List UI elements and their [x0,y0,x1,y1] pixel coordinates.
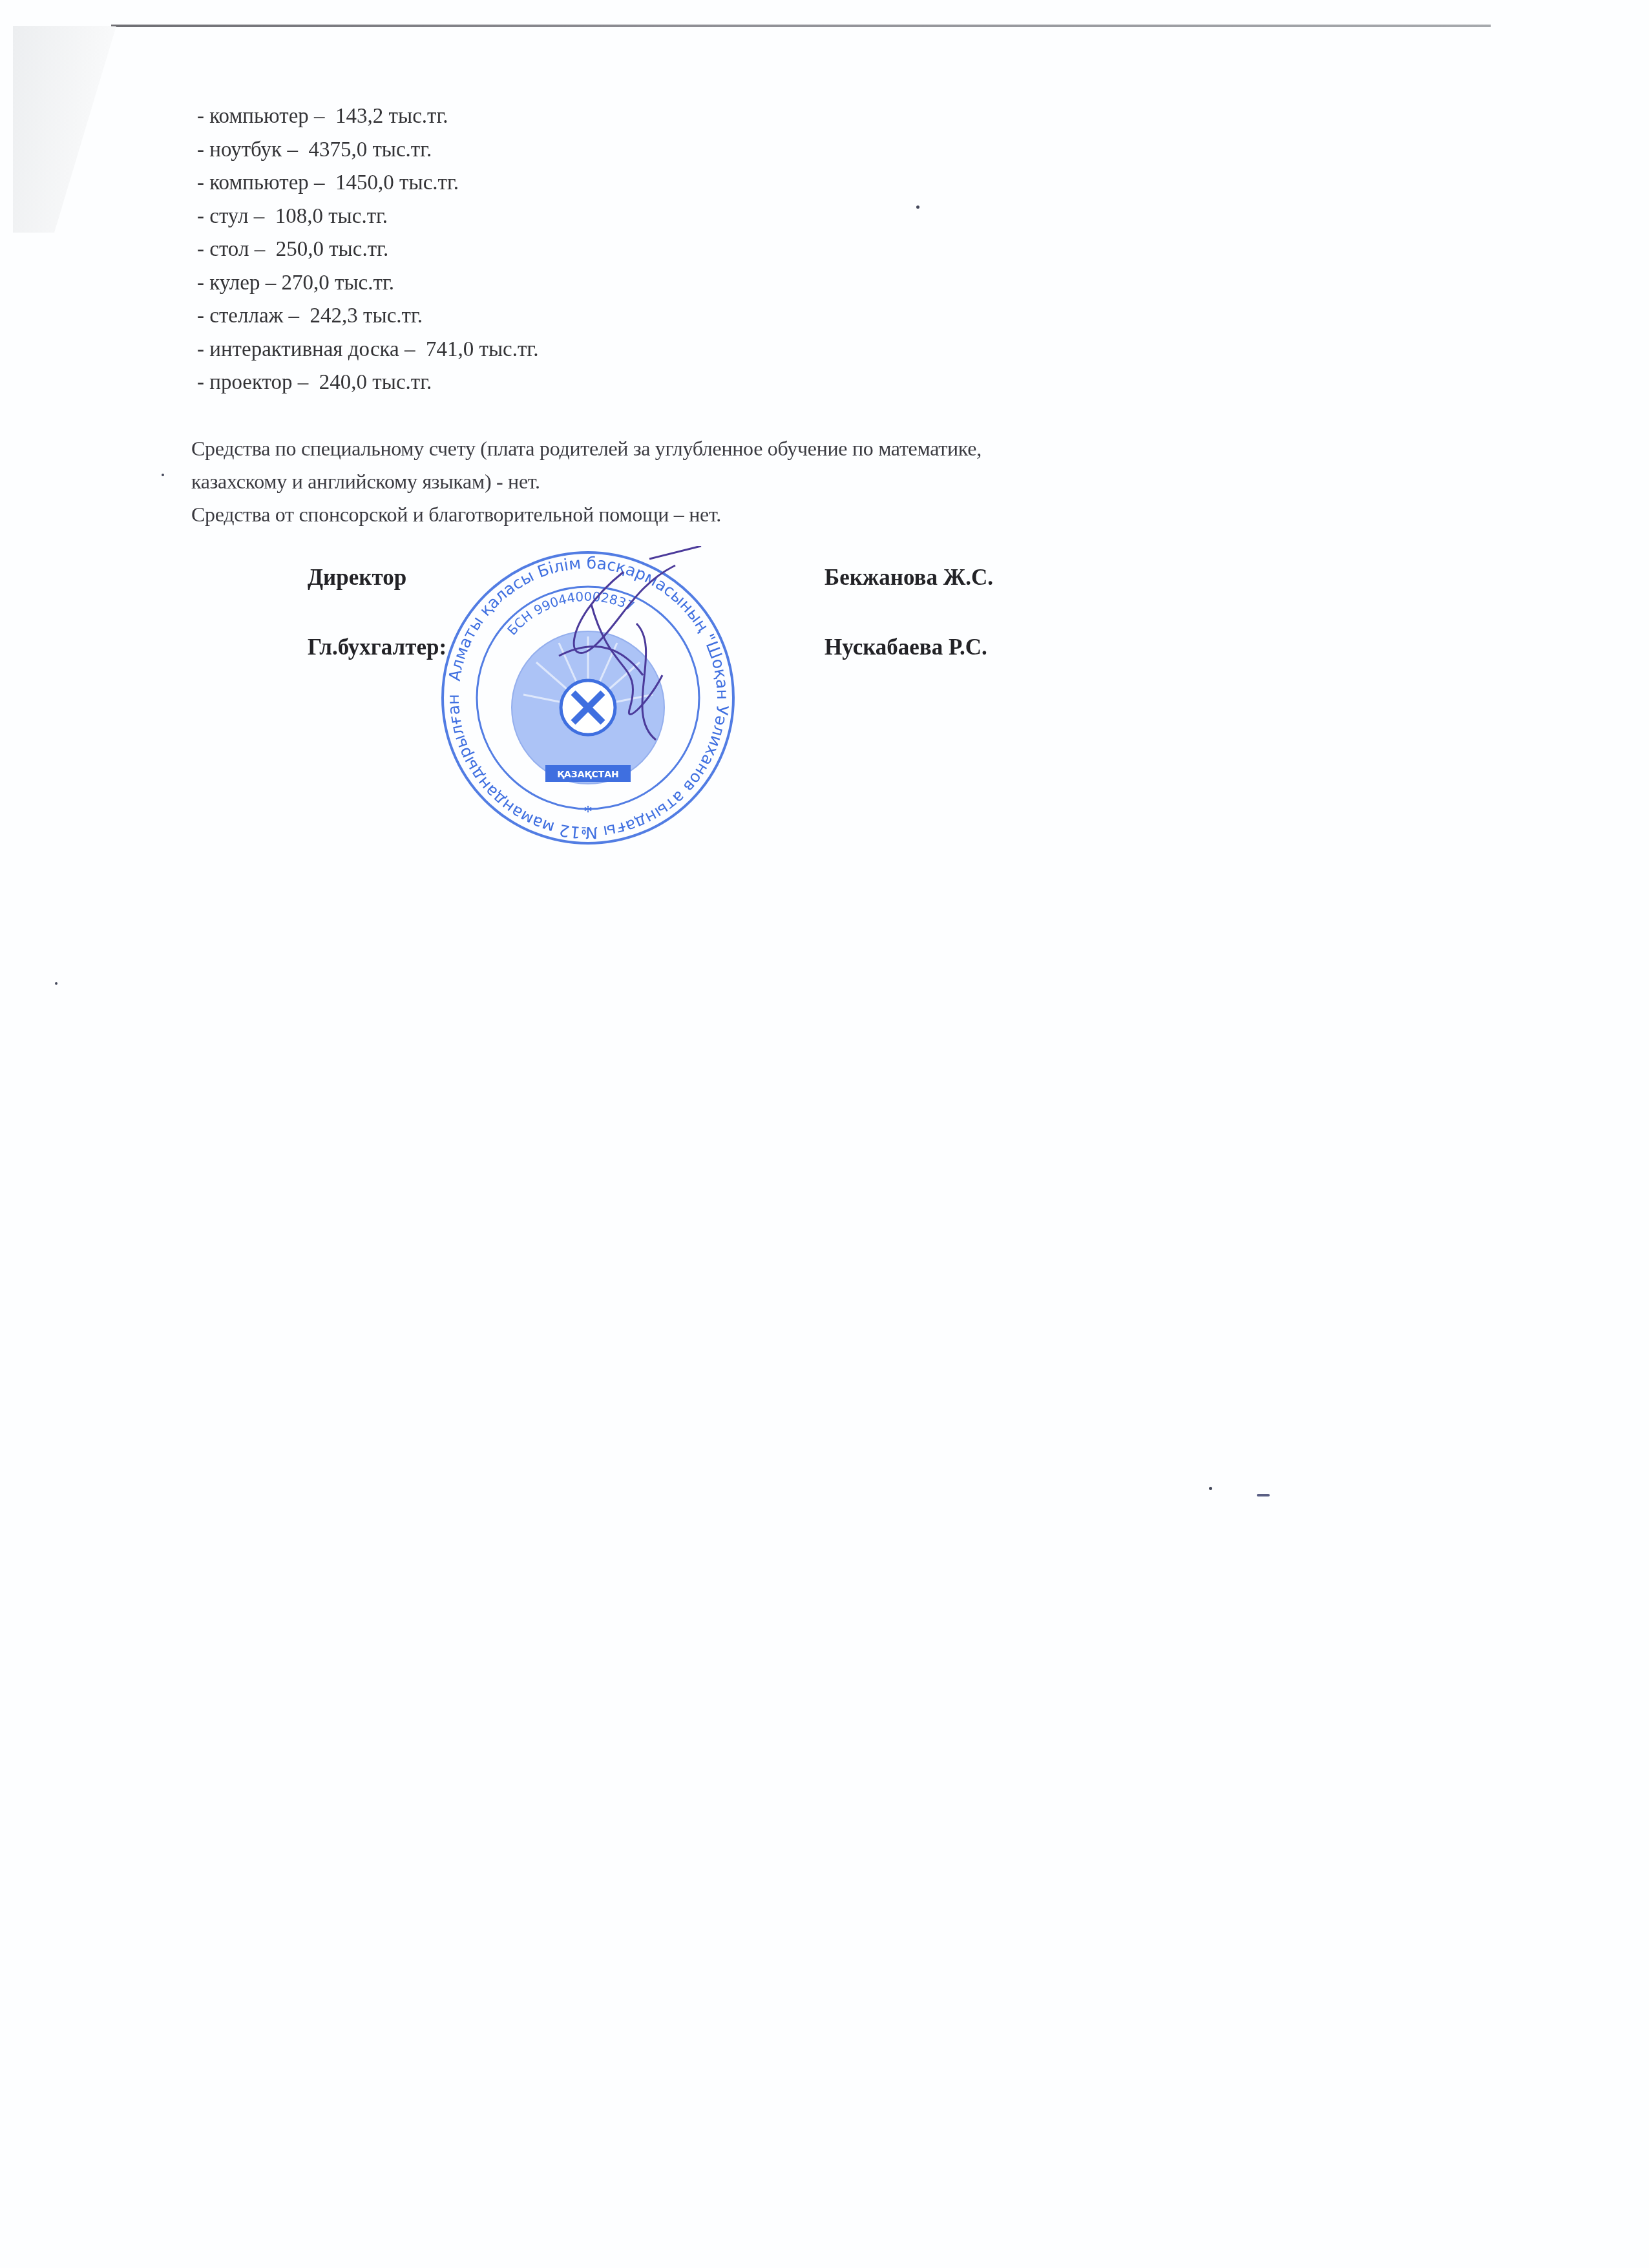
sponsorship-line: Средства от спонсорской и благотворитель… [191,503,721,527]
scan-folded-corner [13,26,116,233]
special-account-line-2: казахскому и английскому языкам) - нет. [191,470,540,494]
equipment-list-item: - стеллаж – 242,3 тыс.тг. [197,300,538,333]
scanned-document-page: - компьютер – 143,2 тыс.тг.- ноутбук – 4… [0,0,1649,2268]
special-account-line-1: Средства по специальному счету (плата ро… [191,437,982,461]
equipment-list-item: - компьютер – 1450,0 тыс.тг. [197,167,538,200]
equipment-list-item: - ноутбук – 4375,0 тыс.тг. [197,134,538,167]
equipment-list: - компьютер – 143,2 тыс.тг.- ноутбук – 4… [197,100,538,400]
scan-speck [162,474,164,476]
director-label: Директор [308,565,406,591]
kazakhstan-emblem-icon: ҚАЗАҚСТАН * [512,631,664,822]
official-stamp: Алматы қаласы Білім басқармасының "Шоқан… [430,546,746,850]
scan-top-edge [111,25,1491,27]
director-name: Бекжанова Ж.С. [824,565,993,591]
scan-speck [55,982,58,985]
equipment-list-item: - стул – 108,0 тыс.тг. [197,200,538,234]
svg-text:*: * [583,802,593,822]
equipment-list-item: - интерактивная доска – 741,0 тыс.тг. [197,333,538,367]
accountant-name: Нускабаева Р.С. [824,635,987,660]
stamp-inner-text: БСН 990440002837 [504,589,636,638]
equipment-list-item: - проектор – 240,0 тыс.тг. [197,366,538,400]
accountant-label: Гл.бухгалтер: [308,635,446,660]
equipment-list-item: - стол – 250,0 тыс.тг. [197,233,538,267]
scan-speck [1209,1487,1212,1490]
equipment-list-item: - компьютер – 143,2 тыс.тг. [197,100,538,134]
scan-speck [1257,1494,1270,1496]
scan-speck [916,205,919,209]
equipment-list-item: - кулер – 270,0 тыс.тг. [197,267,538,300]
svg-text:ҚАЗАҚСТАН: ҚАЗАҚСТАН [557,770,619,780]
